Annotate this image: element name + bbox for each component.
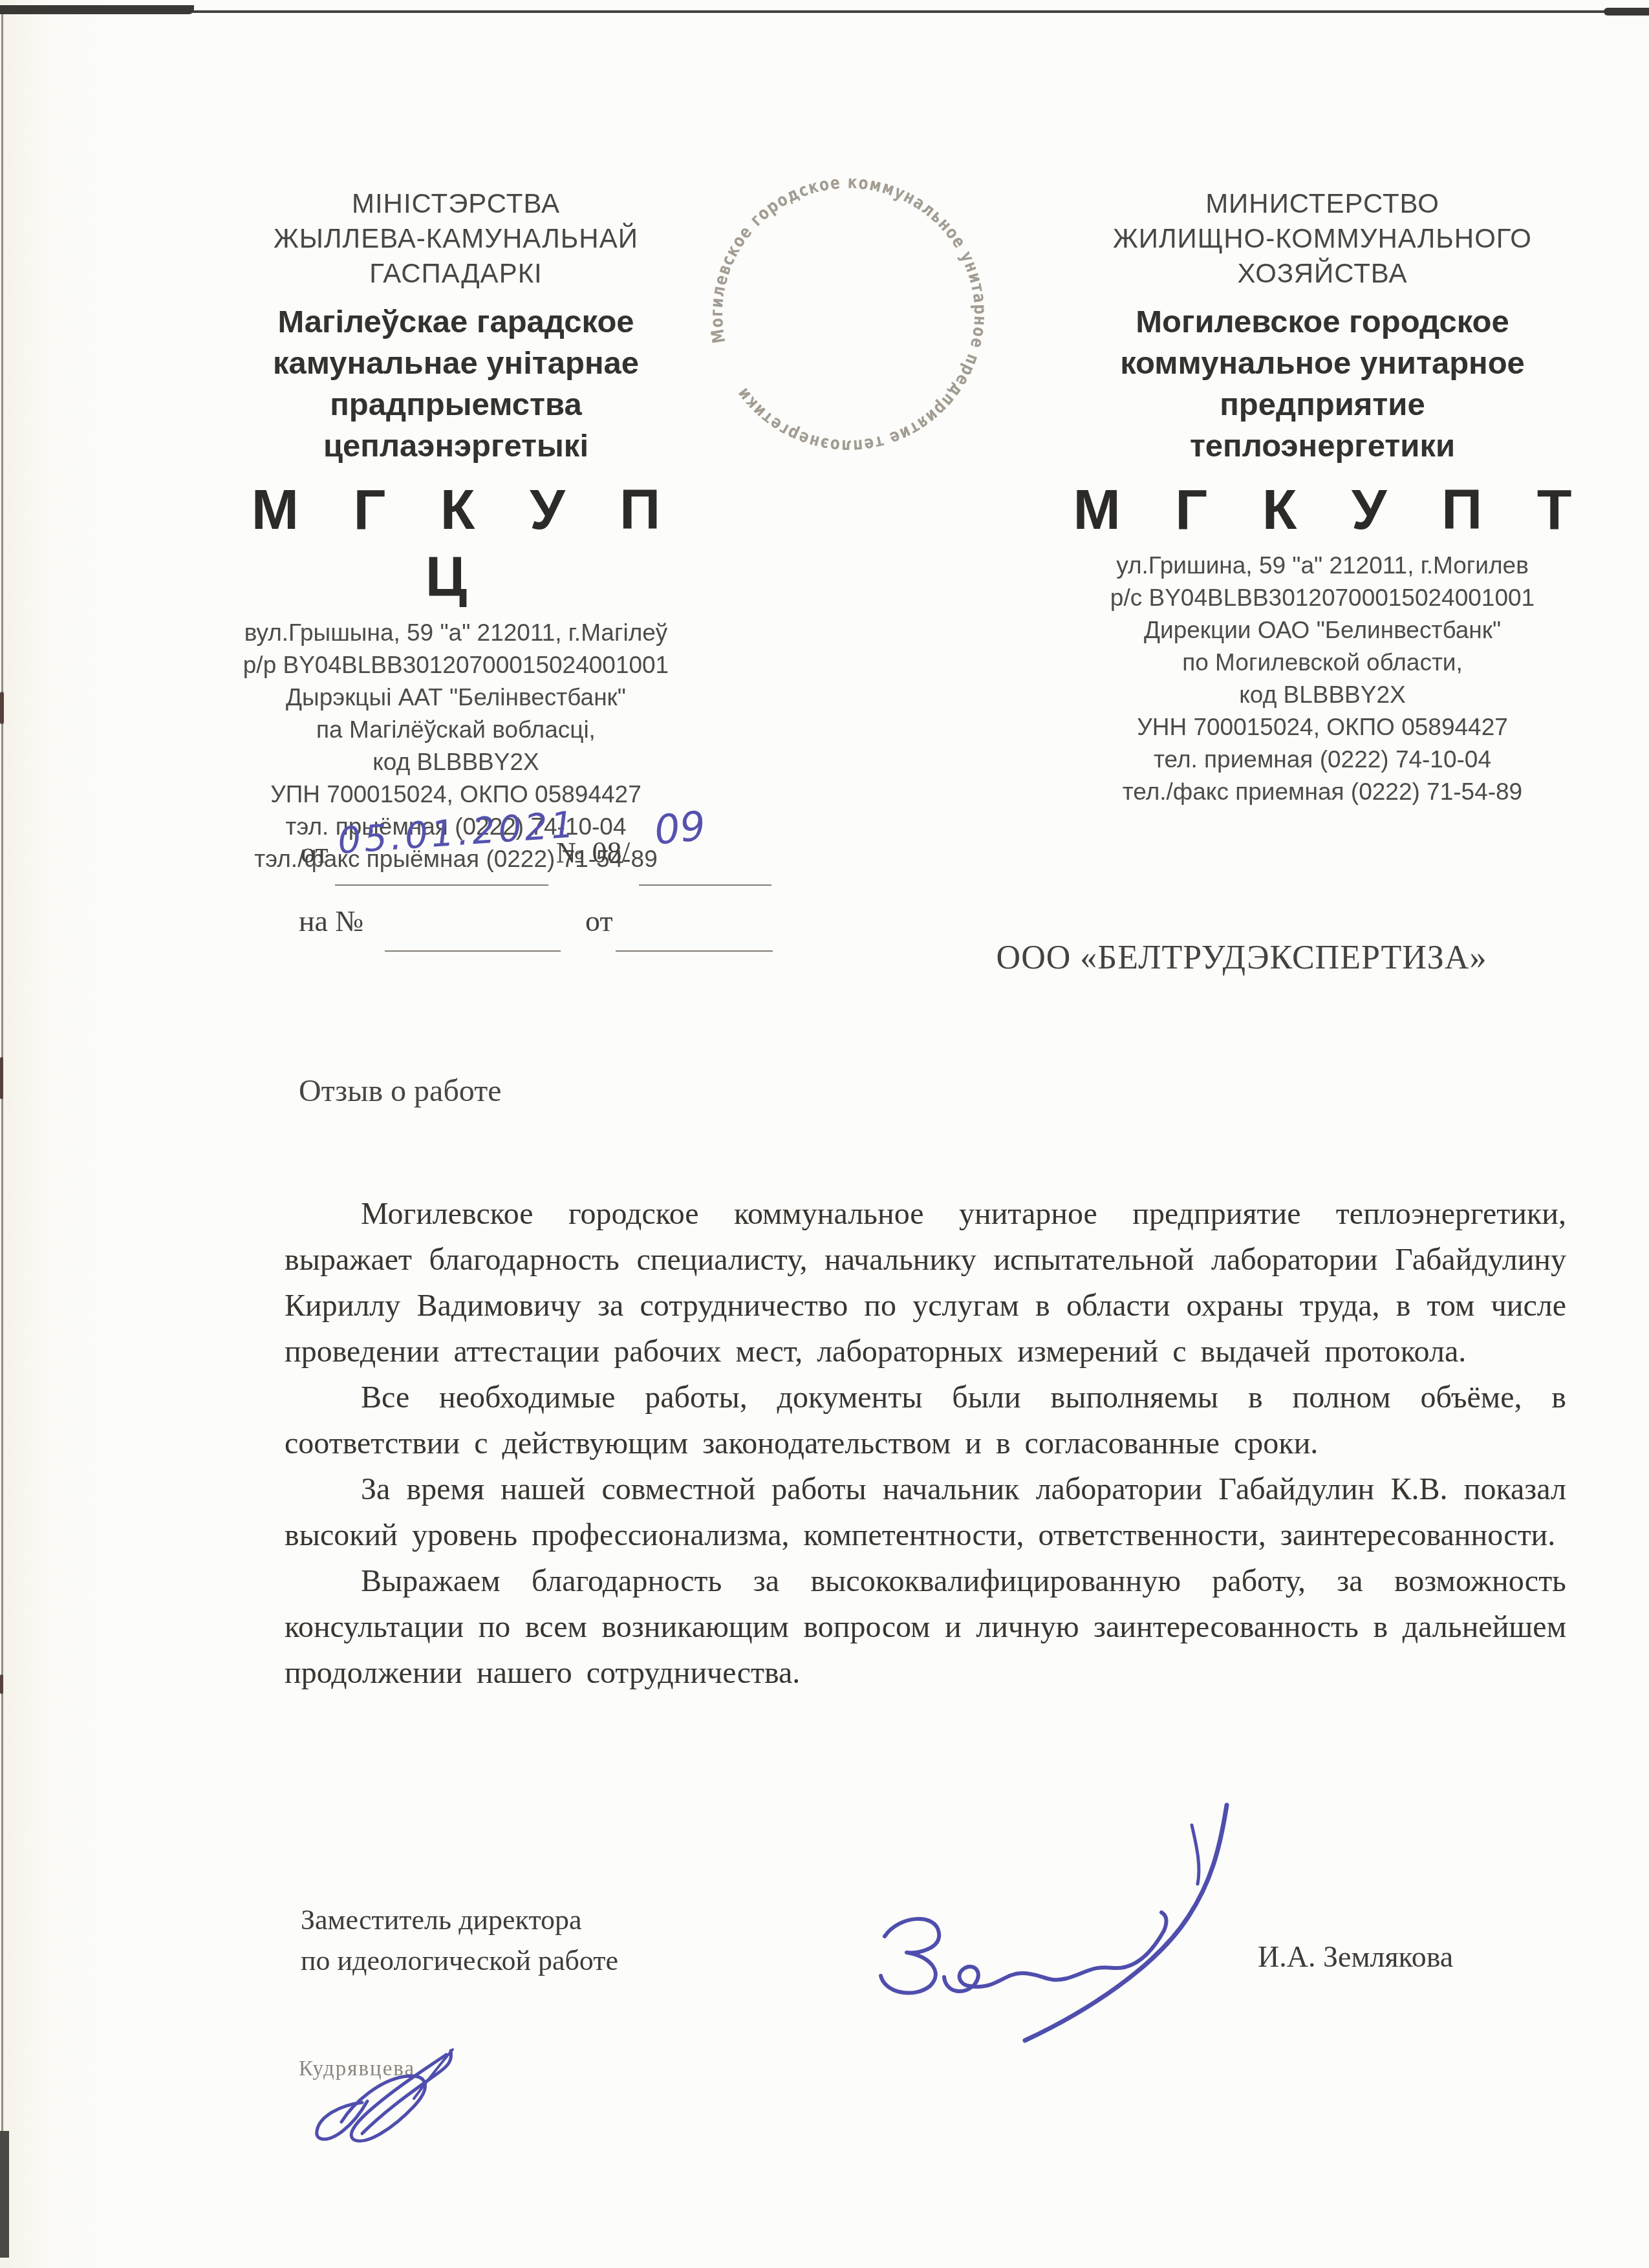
org-line: теплоэнергетики — [1051, 425, 1594, 467]
letterhead-left: МІНІСТЭРСТВА ЖЫЛЛЕВА-КАМУНАЛЬНАЙ ГАСПАДА… — [194, 186, 718, 875]
addressee: ООО «БЕЛТРУДЭКСПЕРТИЗА» — [931, 939, 1552, 977]
address-line: вул.Грышына, 59 "а" 212011, г.Магілеў — [194, 617, 718, 649]
org-name-by: Магілеўскае гарадское камунальнае унітар… — [194, 301, 718, 467]
bank-code-line: код BLBBBY2X — [1051, 679, 1594, 711]
tax-id-line: УПН 700015024, ОКПО 05894427 — [194, 778, 718, 811]
body-paragraph: Могилевское городское коммунальное унита… — [285, 1191, 1566, 1375]
body-paragraph: Выражаем благодарность за высококвалифиц… — [285, 1558, 1566, 1696]
account-line: р/с BY04BLBB30120700015024001001 — [1051, 582, 1594, 614]
signer-position: Заместитель директора по идеологической … — [301, 1899, 618, 1981]
director-signature-stroke — [841, 1791, 1267, 2069]
bank-line: по Могилевской области, — [1051, 647, 1594, 679]
phone-line: тел. приемная (0222) 74-10-04 — [1051, 744, 1594, 776]
signer-name: И.А. Землякова — [1258, 1940, 1453, 1974]
handwritten-number: 09 — [652, 802, 707, 854]
ministry-name-ru: МИНИСТЕРСТВО ЖИЛИЩНО-КОММУНАЛЬНОГО ХОЗЯЙ… — [1051, 186, 1594, 291]
reply-from-label: от — [585, 904, 613, 938]
bank-line: Дирекции ОАО "Белинвестбанк" — [1051, 614, 1594, 647]
org-line: предприятие — [1051, 384, 1594, 425]
bank-line: Дырэкцыі ААТ "Белінвестбанк" — [194, 681, 718, 714]
account-line: р/р BY04BLBB30120700015024001001 — [194, 649, 718, 681]
ministry-name-by: МІНІСТЭРСТВА ЖЫЛЛЕВА-КАМУНАЛЬНАЙ ГАСПАДА… — [194, 186, 718, 291]
scan-edge-top — [0, 10, 1649, 13]
org-line: камунальнае унітарнае — [194, 343, 718, 384]
letter-title: Отзыв о работе — [299, 1073, 501, 1109]
signer-position-line: по идеологической работе — [301, 1940, 618, 1981]
ministry-line: ХОЗЯЙСТВА — [1051, 256, 1594, 291]
stamp-text: Могилевское городское коммунальное унита… — [676, 142, 1020, 486]
date-underline — [335, 884, 548, 886]
scan-edge-top-left — [0, 5, 194, 14]
letter-body: Могилевское городское коммунальное унита… — [285, 1191, 1566, 1696]
body-paragraph: Все необходимые работы, документы были в… — [285, 1375, 1566, 1466]
fax-line: тел./факс приемная (0222) 71-54-89 — [1051, 776, 1594, 808]
org-line: Могилевское городское — [1051, 301, 1594, 343]
outgoing-number-label: № 08/ — [556, 835, 630, 870]
ministry-line: ЖЫЛЛЕВА-КАМУНАЛЬНАЙ — [194, 221, 718, 256]
scan-edge-left — [1, 14, 3, 2251]
org-line: Магілеўскае гарадское — [194, 301, 718, 343]
number-underline — [639, 884, 771, 886]
reply-number-underline — [385, 950, 561, 952]
svg-text:Могилевское городское коммунал: Могилевское городское коммунальное унита… — [676, 142, 1020, 486]
scan-artifact-mark — [0, 692, 4, 724]
ministry-line: ЖИЛИЩНО-КОММУНАЛЬНОГО — [1051, 221, 1594, 256]
ministry-line: ГАСПАДАРКІ — [194, 256, 718, 291]
scan-artifact-mark — [0, 1057, 3, 1099]
scanned-letter-page: МІНІСТЭРСТВА ЖЫЛЛЕВА-КАМУНАЛЬНАЙ ГАСПАДА… — [0, 0, 1649, 2268]
ministry-line: МИНИСТЕРСТВО — [1051, 186, 1594, 221]
signer-position-line: Заместитель директора — [301, 1899, 618, 1940]
round-stamp: Могилевское городское коммунальное унита… — [668, 134, 1029, 495]
tax-id-line: УНН 700015024, ОКПО 05894427 — [1051, 711, 1594, 744]
org-line: цеплаэнэргетыкі — [194, 425, 718, 467]
scan-artifact-mark — [0, 1674, 3, 1694]
org-details-ru: ул.Гришина, 59 "а" 212011, г.Могилев р/с… — [1051, 550, 1594, 808]
org-line: прадпрыемства — [194, 384, 718, 425]
scan-edge-top-right — [1604, 8, 1649, 16]
reply-to-number-label: на № — [299, 904, 363, 938]
date-from-label: от — [301, 835, 329, 870]
body-paragraph: За время нашей совместной работы начальн… — [285, 1466, 1566, 1558]
org-name-ru: Могилевское городское коммунальное унита… — [1051, 301, 1594, 467]
reply-date-underline — [616, 950, 773, 952]
bank-code-line: код BLBBBY2X — [194, 746, 718, 778]
org-abbreviation-by: М Г К У П Ц — [194, 476, 718, 610]
bank-line: па Магілёўскай вобласці, — [194, 714, 718, 746]
verifier-signature-stroke — [285, 2030, 491, 2172]
ministry-line: МІНІСТЭРСТВА — [194, 186, 718, 221]
org-line: коммунальное унитарное — [1051, 343, 1594, 384]
letterhead-right: МИНИСТЕРСТВО ЖИЛИЩНО-КОММУНАЛЬНОГО ХОЗЯЙ… — [1051, 186, 1594, 808]
org-abbreviation-ru: М Г К У П Т — [1051, 476, 1594, 543]
scan-edge-bottom-left — [0, 2131, 9, 2258]
address-line: ул.Гришина, 59 "а" 212011, г.Могилев — [1051, 550, 1594, 582]
